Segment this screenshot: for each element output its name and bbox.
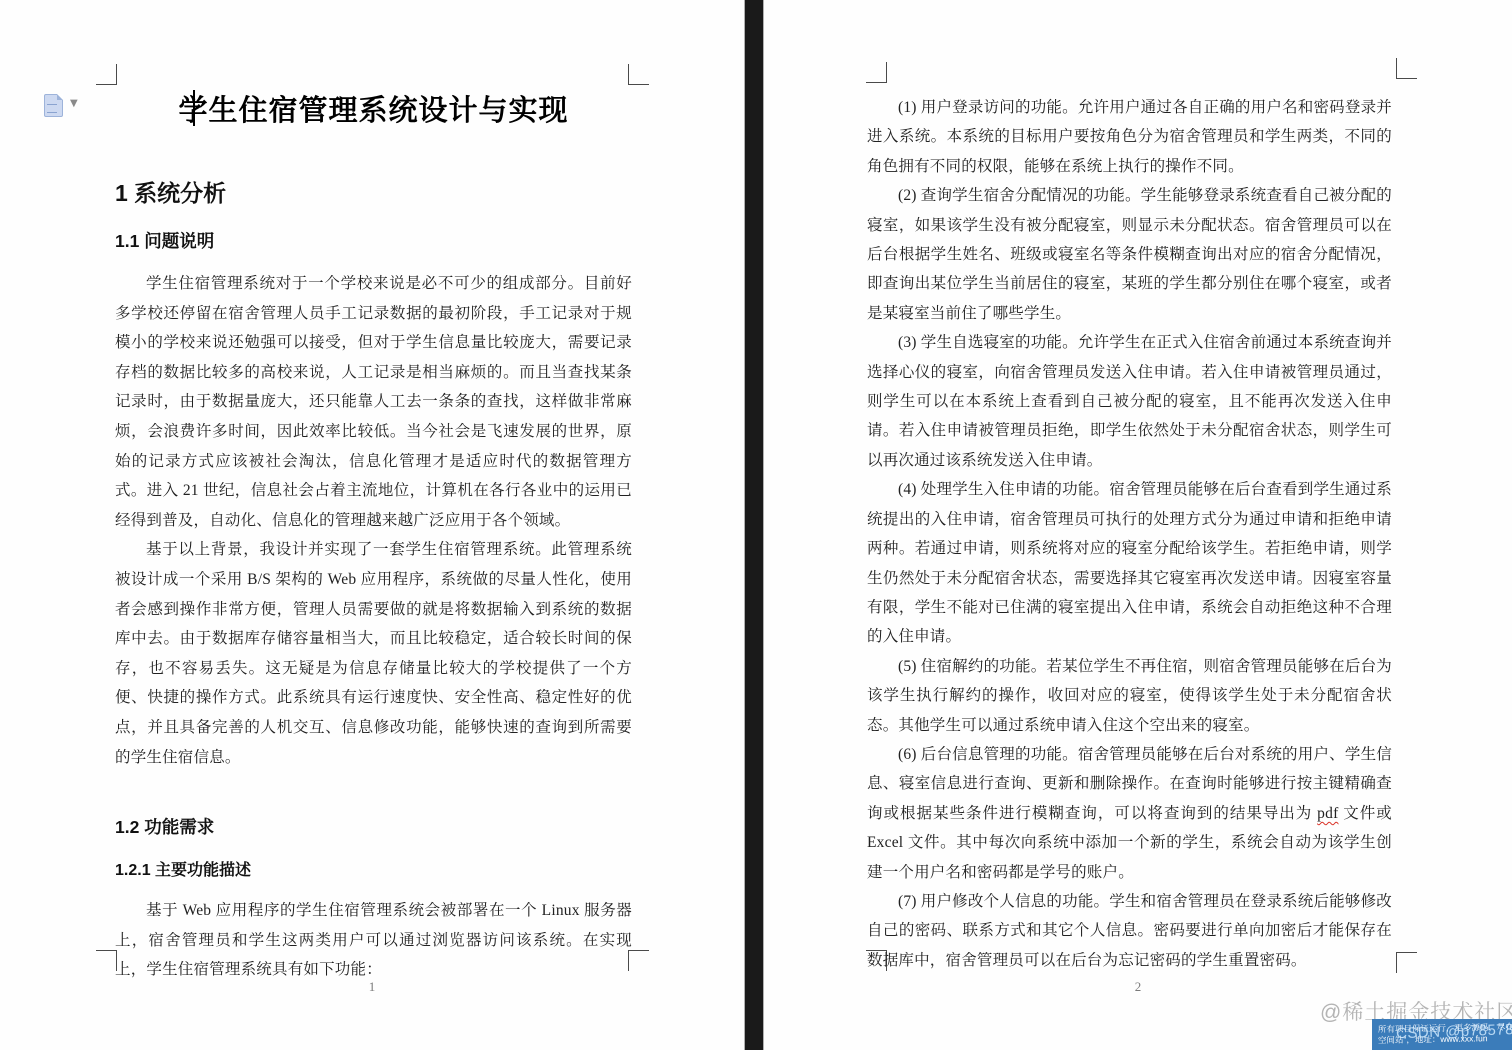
page-gap-divider [744, 0, 764, 1050]
document-options-button[interactable]: ▼ [44, 94, 84, 120]
document-title[interactable]: 学生住宿管理系统设计与实现 [115, 88, 632, 129]
margin-crop-mark [96, 950, 117, 971]
heading-1-1[interactable]: 1.1 问题说明 [115, 228, 632, 253]
dropdown-arrow-icon: ▼ [70, 98, 78, 109]
page-number: 1 [0, 979, 744, 995]
margin-crop-mark [1396, 58, 1417, 79]
document-title-text: 学生住宿管理系统设计与实现 [178, 95, 568, 127]
spellcheck-flagged-word: pdf [1317, 805, 1338, 822]
paragraph[interactable]: 基于以上背景，我设计并实现了一套学生住宿管理系统。此管理系统被设计成一个采用 B… [115, 535, 632, 772]
margin-crop-mark [96, 64, 117, 85]
heading-1-2[interactable]: 1.2 功能需求 [115, 814, 632, 839]
page-1[interactable]: ▼ 学生住宿管理系统设计与实现 1 系统分析 1.1 问题说明 学生住宿管理系统… [0, 0, 744, 1050]
paragraph[interactable]: (7) 用户修改个人信息的功能。学生和宿舍管理员在登录系统后能够修改自己的密码、… [867, 887, 1392, 975]
text-cursor [193, 90, 195, 126]
paragraph[interactable]: (6) 后台信息管理的功能。宿舍管理员能够在后台对系统的用户、学生信息、寝室信息… [867, 740, 1392, 887]
page-2[interactable]: (1) 用户登录访问的功能。允许用户通过各自正确的用户名和密码登录并进入系统。本… [764, 0, 1512, 1050]
paragraph[interactable]: 基于 Web 应用程序的学生住宿管理系统会被部署在一个 Linux 服务器上，宿… [115, 896, 632, 985]
paragraph[interactable]: (3) 学生自选寝室的功能。允许学生在正式入住宿舍前通过本系统查询并选择心仪的寝… [867, 328, 1392, 475]
page-number: 2 [764, 979, 1512, 995]
heading-1[interactable]: 1 系统分析 [115, 175, 632, 208]
paragraph[interactable]: (4) 处理学生入住申请的功能。宿舍管理员能够在后台查看到学生通过系统提出的入住… [867, 475, 1392, 651]
page-thumbnail-lines [47, 104, 57, 113]
paragraph[interactable]: (5) 住宿解约的功能。若某位学生不再住宿，则宿舍管理员能够在后台为该学生执行解… [867, 652, 1392, 740]
paragraph[interactable]: (2) 查询学生宿舍分配情况的功能。学生能够登录系统查看自己被分配的寝室，如果该… [867, 181, 1392, 328]
paragraph-text: (6) 后台信息管理的功能。宿舍管理员能够在后台对系统的用户、学生信息、寝室信息… [867, 746, 1392, 822]
heading-1-2-1[interactable]: 1.2.1 主要功能描述 [115, 857, 632, 880]
margin-crop-mark [1396, 952, 1417, 973]
paragraph[interactable]: 学生住宿管理系统对于一个学校来说是必不可少的组成部分。目前好多学校还停留在宿舍管… [115, 269, 632, 535]
paragraph[interactable]: (1) 用户登录访问的功能。允许用户通过各自正确的用户名和密码登录并进入系统。本… [867, 93, 1392, 181]
